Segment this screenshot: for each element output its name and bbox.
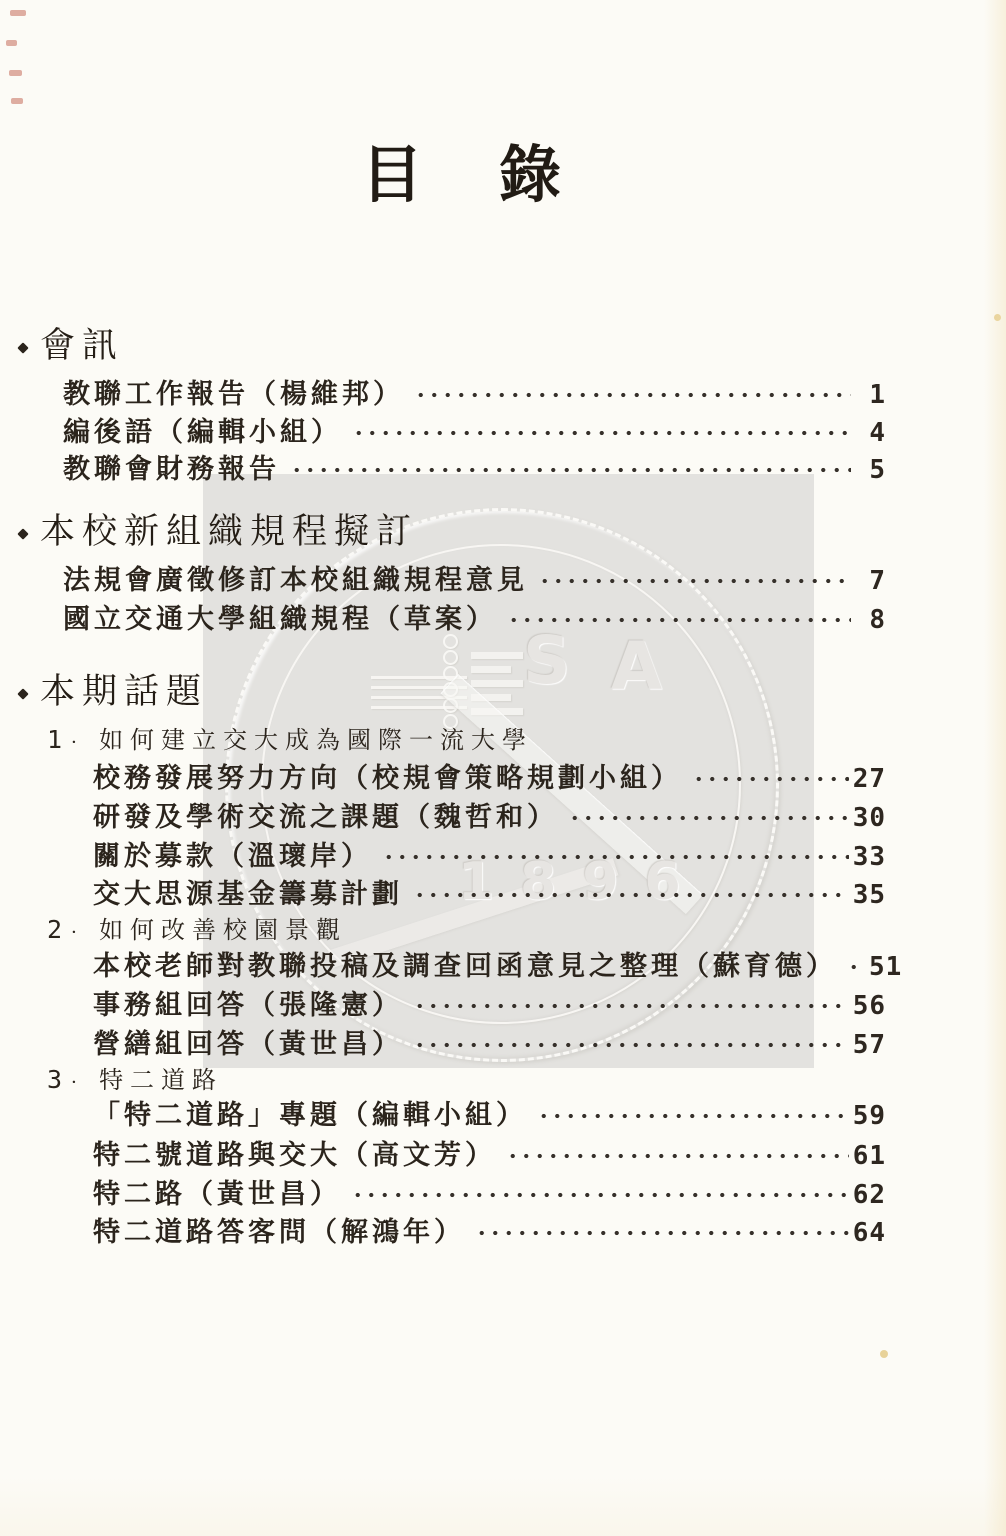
- entry-label: 教聯工作報告（楊維邦）: [63, 378, 404, 412]
- dot-leader: [506, 1153, 849, 1159]
- dot-leader: [537, 1113, 849, 1119]
- dot-leader: [847, 964, 865, 970]
- toc-entry: 教聯會財務報告 5: [63, 453, 886, 487]
- dot-leader: [568, 815, 849, 821]
- entry-label: 校務發展努力方向（校規會策略規劃小組）: [93, 762, 682, 796]
- title-char-2: 錄: [499, 138, 561, 212]
- page-number: 51: [869, 950, 902, 984]
- topic-separator: ．: [71, 912, 89, 944]
- scan-artifact: [994, 314, 1001, 321]
- toc-entry: 特二路（黃世昌） 62: [93, 1178, 886, 1212]
- topic-title: 如何改善校園景觀: [99, 914, 347, 946]
- topic-title: 特二道路: [99, 1064, 223, 1096]
- page-number: 59: [853, 1099, 886, 1133]
- entry-label: 交大思源基金籌募計劃: [93, 878, 403, 912]
- toc-entry: 特二道路答客問（解鴻年） 64: [93, 1216, 886, 1250]
- dot-leader: [351, 1192, 849, 1198]
- toc-page: S A 1896 目 錄 會訊 教聯工作報告（楊維邦） 1 編後語（編輯小組） …: [0, 0, 1006, 1536]
- toc-entry: 事務組回答（張隆憲） 56: [93, 989, 886, 1023]
- page-number: 30: [853, 801, 886, 835]
- entry-label: 關於募款（溫瓌岸）: [93, 840, 372, 874]
- dot-leader: [507, 617, 851, 623]
- page-number: 5: [869, 453, 886, 487]
- dot-leader: [692, 776, 849, 782]
- dot-leader: [290, 467, 851, 473]
- entry-label: 特二號道路與交大（高文芳）: [93, 1139, 496, 1173]
- scan-artifact: [10, 10, 26, 16]
- title-char-1: 目: [361, 138, 423, 212]
- section-bullet: [17, 342, 28, 353]
- toc-entry: 研發及學術交流之課題（魏哲和） 30: [93, 801, 886, 835]
- page-number: 8: [869, 603, 886, 637]
- toc-entry: 特二號道路與交大（高文芳） 61: [93, 1139, 886, 1173]
- entry-label: 研發及學術交流之課題（魏哲和）: [93, 801, 558, 835]
- topic-heading-3: 3 ． 特二道路: [47, 1064, 223, 1096]
- entry-label: 編後語（編輯小組）: [63, 416, 342, 450]
- scan-artifact: [11, 98, 23, 104]
- seal-letter-a: A: [611, 628, 662, 705]
- toc-entry: 教聯工作報告（楊維邦） 1: [63, 378, 886, 412]
- page-number: 64: [853, 1216, 886, 1250]
- toc-entry: 關於募款（溫瓌岸） 33: [93, 840, 886, 874]
- scan-artifact: [6, 40, 17, 46]
- section-heading-topics: 本期話題: [40, 670, 208, 714]
- page-number: 62: [853, 1178, 886, 1212]
- topic-title: 如何建立交大成為國際一流大學: [99, 724, 533, 756]
- dot-leader: [352, 430, 851, 436]
- entry-label: 教聯會財務報告: [63, 453, 280, 487]
- topic-heading-2: 2 ． 如何改善校園景觀: [47, 914, 347, 946]
- entry-label: 國立交通大學組織規程（草案）: [63, 603, 497, 637]
- page-number: 33: [853, 840, 886, 874]
- section-heading-huixun: 會訊: [40, 324, 124, 368]
- page-number: 1: [869, 378, 886, 412]
- page-title: 目 錄: [361, 138, 561, 212]
- entry-label: 本校老師對教聯投稿及調查回函意見之整理（蘇育德）: [93, 950, 837, 984]
- dot-leader: [382, 854, 849, 860]
- section-bullet: [17, 688, 28, 699]
- page-number: 27: [853, 762, 886, 796]
- entry-label: 營繕組回答（黃世昌）: [93, 1028, 403, 1062]
- dot-leader: [413, 892, 849, 898]
- toc-entry: 法規會廣徵修訂本校組織規程意見 7: [63, 564, 886, 598]
- topic-heading-1: 1 ． 如何建立交大成為國際一流大學: [47, 724, 533, 756]
- entry-label: 事務組回答（張隆憲）: [93, 989, 403, 1023]
- section-bullet: [17, 528, 28, 539]
- page-number: 57: [853, 1028, 886, 1062]
- dot-leader: [414, 392, 851, 398]
- toc-entry: 校務發展努力方向（校規會策略規劃小組） 27: [93, 762, 886, 796]
- page-number: 7: [869, 564, 886, 598]
- page-number: 56: [853, 989, 886, 1023]
- dot-leader: [475, 1230, 849, 1236]
- page-number: 61: [853, 1139, 886, 1173]
- toc-entry: 本校老師對教聯投稿及調查回函意見之整理（蘇育德） 51: [93, 950, 886, 984]
- section-heading-organization: 本校新組織規程擬訂: [40, 510, 418, 554]
- toc-entry: 「特二道路」專題（編輯小組） 59: [93, 1099, 886, 1133]
- entry-label: 法規會廣徵修訂本校組織規程意見: [63, 564, 528, 598]
- topic-separator: ．: [71, 1062, 89, 1094]
- topic-number: 2: [47, 914, 62, 946]
- scan-artifact: [9, 70, 22, 76]
- toc-entry: 國立交通大學組織規程（草案） 8: [63, 603, 886, 637]
- dot-leader: [413, 1042, 849, 1048]
- page-number: 35: [853, 878, 886, 912]
- toc-entry: 編後語（編輯小組） 4: [63, 416, 886, 450]
- dot-leader: [413, 1003, 849, 1009]
- topic-number: 1: [47, 724, 62, 756]
- scan-artifact: [880, 1350, 888, 1358]
- entry-label: 「特二道路」專題（編輯小組）: [93, 1099, 527, 1133]
- entry-label: 特二路（黃世昌）: [93, 1178, 341, 1212]
- toc-entry: 交大思源基金籌募計劃 35: [93, 878, 886, 912]
- page-number: 4: [869, 416, 886, 450]
- toc-entry: 營繕組回答（黃世昌） 57: [93, 1028, 886, 1062]
- topic-number: 3: [47, 1064, 62, 1096]
- entry-label: 特二道路答客問（解鴻年）: [93, 1216, 465, 1250]
- dot-leader: [538, 578, 851, 584]
- topic-separator: ．: [71, 722, 89, 754]
